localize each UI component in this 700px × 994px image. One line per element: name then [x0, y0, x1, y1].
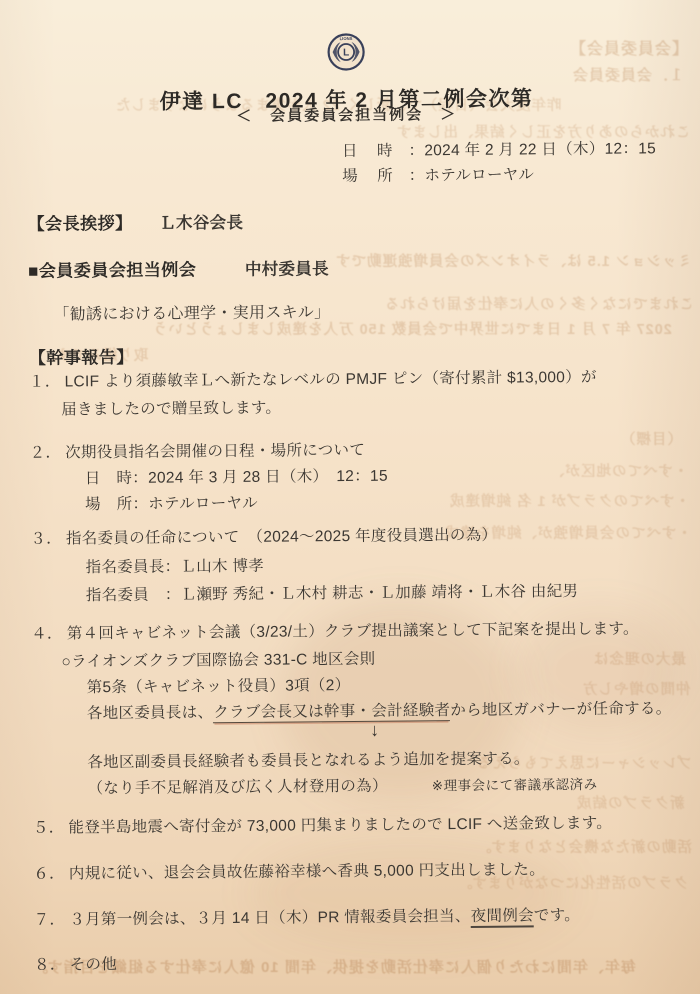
emblem-letter: L: [343, 47, 349, 58]
emblem-arc-text: LIONS: [340, 36, 353, 41]
report-item-1-cont: 届きましたので贈呈致します。: [61, 396, 281, 420]
item-3-members: 指名委員 ：Ｌ瀬野 秀紀・Ｌ木村 耕志・Ｌ加藤 靖将・Ｌ木谷 由紀男: [86, 579, 579, 605]
datetime-value: ：2024 年 2 月 22 日（木）12：15: [408, 140, 656, 159]
report-item-6: ６．内規に従い、退会会員故佐藤裕幸様へ香典 5,000 円支出しました。: [33, 857, 545, 883]
report-item-3: ３．指名委員の任命について （2024～2025 年度役員選出の為）: [30, 523, 497, 549]
item-number: １．: [29, 370, 61, 392]
president-name: Ｌ木谷会長: [159, 214, 243, 233]
rule-suffix: から地区ガバナーが任命する。: [450, 700, 671, 719]
president-greeting-line: 【会長挨拶】 Ｌ木谷会長: [27, 208, 243, 235]
secretary-report-heading: 【幹事報告】: [29, 343, 134, 369]
item-4-proposal: 各地区副委員長経験者も委員長となれるよう追加を提案する。: [87, 746, 530, 772]
item-number: ６．: [33, 862, 65, 884]
down-arrow-icon: ↓: [370, 720, 379, 741]
item-text: ３月第一例会は、３月 14 日（木）PR 情報委員会担当、: [69, 908, 471, 929]
item-text: 第４回キャビネット会議（3/23/土）クラブ提出議案として下記案を提出します。: [67, 620, 639, 642]
board-approval-note: ※理事会にて審議承認済み: [432, 777, 598, 793]
item-4-reason-line: （なり手不足解消及び広く人材登用の為）※理事会にて審議承認済み: [87, 772, 597, 798]
item-text: 指名委員の任命について （2024～2025 年度役員選出の為）: [66, 527, 497, 548]
item-number: ４．: [31, 622, 63, 644]
item-text-suffix: です。: [534, 907, 580, 924]
item-4-reason: （なり手不足解消及び広く人材登用の為）: [87, 778, 387, 798]
datetime-label: 日 時: [342, 139, 395, 161]
meeting-place: 場 所：ホテルローヤル: [342, 162, 534, 186]
item-number: ７．: [34, 908, 66, 930]
committee-session-line: ■会員委員会担当例会 中村委員長: [28, 254, 329, 282]
item-4-rule-title: ○ライオンズクラブ国際協会 331-C 地区会則: [61, 647, 375, 672]
item-text: 能登半島地震へ寄付金が 73,000 円集まりましたので LCIF へ送金致しま…: [68, 815, 612, 837]
night-meeting-underlined: 夜間例会: [471, 907, 534, 928]
president-greeting-heading: 【会長挨拶】: [28, 214, 133, 234]
item-3-chair: 指名委員長：Ｌ山木 博孝: [85, 554, 264, 578]
item-text: 内規に従い、退会会員故佐藤裕幸様へ香典 5,000 円支出しました。: [69, 861, 545, 882]
place-label: 場 所: [342, 164, 395, 186]
item-number: ３．: [30, 527, 62, 549]
item-number: ８．: [34, 952, 66, 974]
agenda-content: LIONS L 伊達 LC 2024 年 2 月第二例会次第 ＜ 会員委員会担当…: [0, 0, 700, 994]
place-value: ：ホテルローヤル: [409, 166, 535, 184]
rule-prefix: 各地区委員長は、: [87, 704, 214, 722]
item-number: ５．: [33, 816, 65, 838]
item-number: ２．: [29, 441, 61, 463]
report-item-5: ５．能登半島地震へ寄付金が 73,000 円集まりましたので LCIF へ送金致…: [33, 811, 612, 838]
item-text: 次期役員指名会開催の日程・場所について: [65, 442, 365, 462]
report-item-7: ７．３月第一例会は、３月 14 日（木）PR 情報委員会担当、夜間例会です。: [34, 903, 581, 930]
meeting-datetime: 日 時：2024 年 2 月 22 日（木）12：15: [342, 136, 656, 161]
committee-chair-name: 中村委員長: [245, 260, 329, 279]
paper-sheet: 【会員委員会】 １．会員委員会 昨年度大会（日程）で、新しく 22 人が集まるよ…: [0, 0, 700, 994]
report-item-8: ８．その他: [34, 952, 117, 975]
item-text: その他: [70, 956, 118, 973]
item-2-datetime: 日 時：2024 年 3 月 28 日（木） 12：15: [85, 464, 388, 489]
report-item-4: ４．第４回キャビネット会議（3/23/土）クラブ提出議案として下記案を提出します…: [31, 616, 639, 643]
item-2-place: 場 所：ホテルローヤル: [85, 491, 258, 515]
item-text: LCIF より須藤敏幸Ｌへ新たなレベルの PMJF ピン（寄付累計 $13,00…: [65, 369, 597, 391]
report-item-2: ２．次期役員指名会開催の日程・場所について: [29, 438, 365, 463]
lecture-topic: 「勧誘における心理学・実用スキル」: [53, 299, 330, 324]
item-4-article: 第5条（キャビネット役員）3項（2）: [87, 673, 351, 697]
report-item-1: １．LCIF より須藤敏幸Ｌへ新たなレベルの PMJF ピン（寄付累計 $13,…: [29, 365, 597, 392]
committee-session-heading: ■会員委員会担当例会: [28, 260, 196, 280]
lions-club-emblem-icon: LIONS L: [326, 29, 366, 73]
rule-underlined-phrase: クラブ会長又は幹事・会計経験者: [213, 702, 450, 723]
